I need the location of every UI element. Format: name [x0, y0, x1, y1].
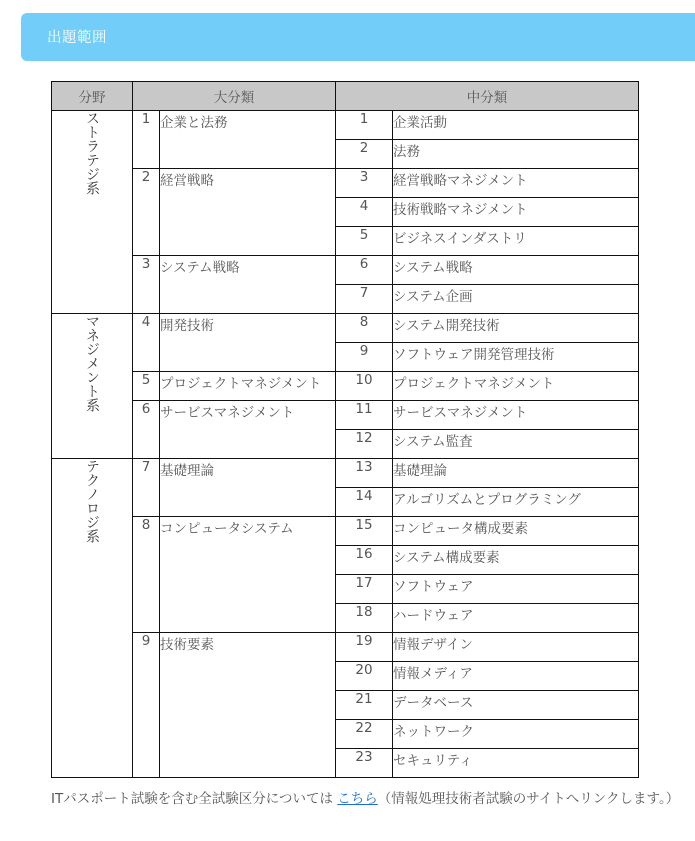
section-banner: 出題範囲: [21, 13, 695, 61]
exam-scope-table: 分野 大分類 中分類 ストラテジ系1企業と法務1企業活動2法務2経営戦略3経営戦…: [51, 81, 639, 778]
middle-name: ネットワーク: [393, 720, 639, 749]
table-row: 2経営戦略3経営戦略マネジメント: [52, 169, 639, 198]
middle-name: サービスマネジメント: [393, 401, 639, 430]
middle-number: 3: [336, 169, 393, 198]
major-name: システム戦略: [160, 256, 336, 314]
footnote-text: ITパスポート試験を含む全試験区分については: [51, 791, 337, 807]
major-number: 4: [133, 314, 160, 372]
middle-number: 11: [336, 401, 393, 430]
middle-number: 16: [336, 546, 393, 575]
middle-name: ハードウェア: [393, 604, 639, 633]
major-number: 9: [133, 633, 160, 778]
middle-name: 情報デザイン: [393, 633, 639, 662]
middle-number: 12: [336, 430, 393, 459]
major-name: 経営戦略: [160, 169, 336, 256]
middle-name: 技術戦略マネジメント: [393, 198, 639, 227]
middle-name: 経営戦略マネジメント: [393, 169, 639, 198]
middle-number: 23: [336, 749, 393, 778]
major-number: 7: [133, 459, 160, 517]
middle-number: 15: [336, 517, 393, 546]
middle-name: プロジェクトマネジメント: [393, 372, 639, 401]
middle-number: 14: [336, 488, 393, 517]
middle-name: 情報メディア: [393, 662, 639, 691]
major-name: 基礎理論: [160, 459, 336, 517]
middle-name: ソフトウェア: [393, 575, 639, 604]
middle-number: 19: [336, 633, 393, 662]
major-name: 企業と法務: [160, 111, 336, 169]
middle-number: 5: [336, 227, 393, 256]
header-field: 分野: [52, 82, 133, 111]
table-row: マネジメント系4開発技術8システム開発技術: [52, 314, 639, 343]
middle-number: 21: [336, 691, 393, 720]
middle-name: 法務: [393, 140, 639, 169]
table-row: 9技術要素19情報デザイン: [52, 633, 639, 662]
middle-number: 4: [336, 198, 393, 227]
major-number: 6: [133, 401, 160, 459]
middle-name: システム企画: [393, 285, 639, 314]
middle-number: 22: [336, 720, 393, 749]
footnote-text-after: （情報処理技術者試験のサイトへリンクします。）: [378, 791, 679, 807]
major-name: 開発技術: [160, 314, 336, 372]
middle-number: 20: [336, 662, 393, 691]
major-name: コンピュータシステム: [160, 517, 336, 633]
major-name: サービスマネジメント: [160, 401, 336, 459]
major-number: 2: [133, 169, 160, 256]
table-row: 5プロジェクトマネジメント10プロジェクトマネジメント: [52, 372, 639, 401]
middle-number: 9: [336, 343, 393, 372]
middle-number: 6: [336, 256, 393, 285]
middle-name: システム構成要素: [393, 546, 639, 575]
middle-name: システム開発技術: [393, 314, 639, 343]
middle-number: 17: [336, 575, 393, 604]
field-name: テクノロジ系: [82, 459, 102, 543]
middle-name: データベース: [393, 691, 639, 720]
field-name: ストラテジ系: [82, 111, 102, 195]
major-name: プロジェクトマネジメント: [160, 372, 336, 401]
field-cell: マネジメント系: [52, 314, 133, 459]
middle-number: 7: [336, 285, 393, 314]
table-header-row: 分野 大分類 中分類: [52, 82, 639, 111]
middle-number: 8: [336, 314, 393, 343]
middle-number: 2: [336, 140, 393, 169]
table-row: 6サービスマネジメント11サービスマネジメント: [52, 401, 639, 430]
middle-number: 13: [336, 459, 393, 488]
footnote: ITパスポート試験を含む全試験区分については こちら（情報処理技術者試験のサイト…: [51, 788, 681, 810]
middle-name: ソフトウェア開発管理技術: [393, 343, 639, 372]
field-cell: テクノロジ系: [52, 459, 133, 778]
middle-name: システム戦略: [393, 256, 639, 285]
major-number: 3: [133, 256, 160, 314]
middle-name: コンピュータ構成要素: [393, 517, 639, 546]
middle-name: セキュリティ: [393, 749, 639, 778]
table-row: 8コンピュータシステム15コンピュータ構成要素: [52, 517, 639, 546]
kochira-link[interactable]: こちら: [337, 791, 378, 807]
field-name: マネジメント系: [82, 314, 102, 412]
table-row: テクノロジ系7基礎理論13基礎理論: [52, 459, 639, 488]
middle-number: 18: [336, 604, 393, 633]
header-middle: 中分類: [336, 82, 639, 111]
table-row: 3システム戦略6システム戦略: [52, 256, 639, 285]
section-title: 出題範囲: [47, 26, 107, 47]
middle-number: 1: [336, 111, 393, 140]
major-number: 1: [133, 111, 160, 169]
major-number: 8: [133, 517, 160, 633]
middle-number: 10: [336, 372, 393, 401]
middle-name: アルゴリズムとプログラミング: [393, 488, 639, 517]
major-number: 5: [133, 372, 160, 401]
header-major: 大分類: [133, 82, 336, 111]
table-row: ストラテジ系1企業と法務1企業活動: [52, 111, 639, 140]
major-name: 技術要素: [160, 633, 336, 778]
middle-name: 基礎理論: [393, 459, 639, 488]
middle-name: システム監査: [393, 430, 639, 459]
middle-name: 企業活動: [393, 111, 639, 140]
field-cell: ストラテジ系: [52, 111, 133, 314]
middle-name: ビジネスインダストリ: [393, 227, 639, 256]
